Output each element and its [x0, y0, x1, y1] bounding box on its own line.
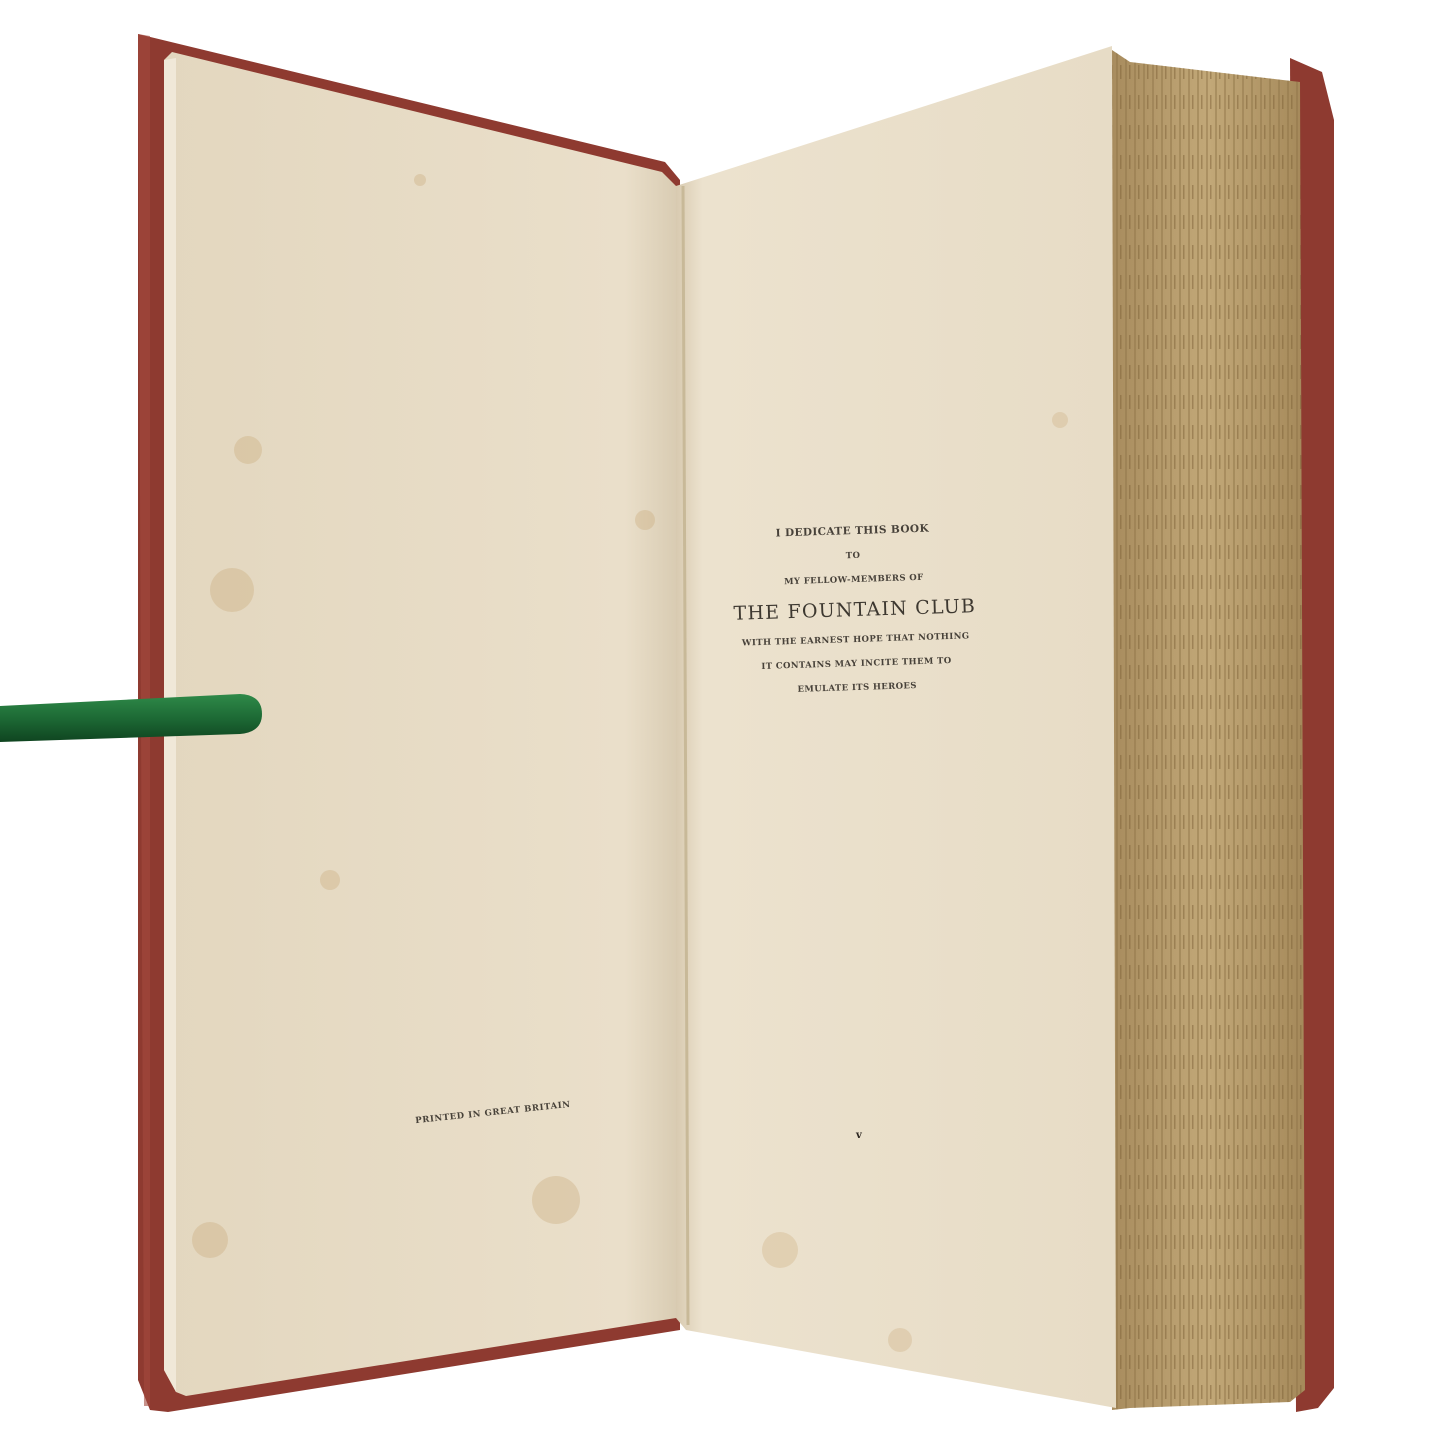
dedication-line: TO [718, 547, 988, 565]
dedication-title: THE FOUNTAIN CLUB [720, 595, 991, 625]
open-book-illustration [0, 0, 1445, 1445]
dedication-line: IT CONTAINS MAY INCITE THEM TO [721, 655, 991, 673]
dedication-line: EMULATE ITS HEROES [722, 679, 992, 697]
dedication-line: MY FELLOW-MEMBERS OF [719, 571, 989, 589]
dedication-text: I DEDICATE THIS BOOK TO MY FELLOW-MEMBER… [717, 521, 993, 711]
book-photo: I DEDICATE THIS BOOK TO MY FELLOW-MEMBER… [0, 0, 1445, 1445]
page-number: v [856, 1130, 862, 1141]
dedication-line: WITH THE EARNEST HOPE THAT NOTHING [721, 631, 991, 649]
